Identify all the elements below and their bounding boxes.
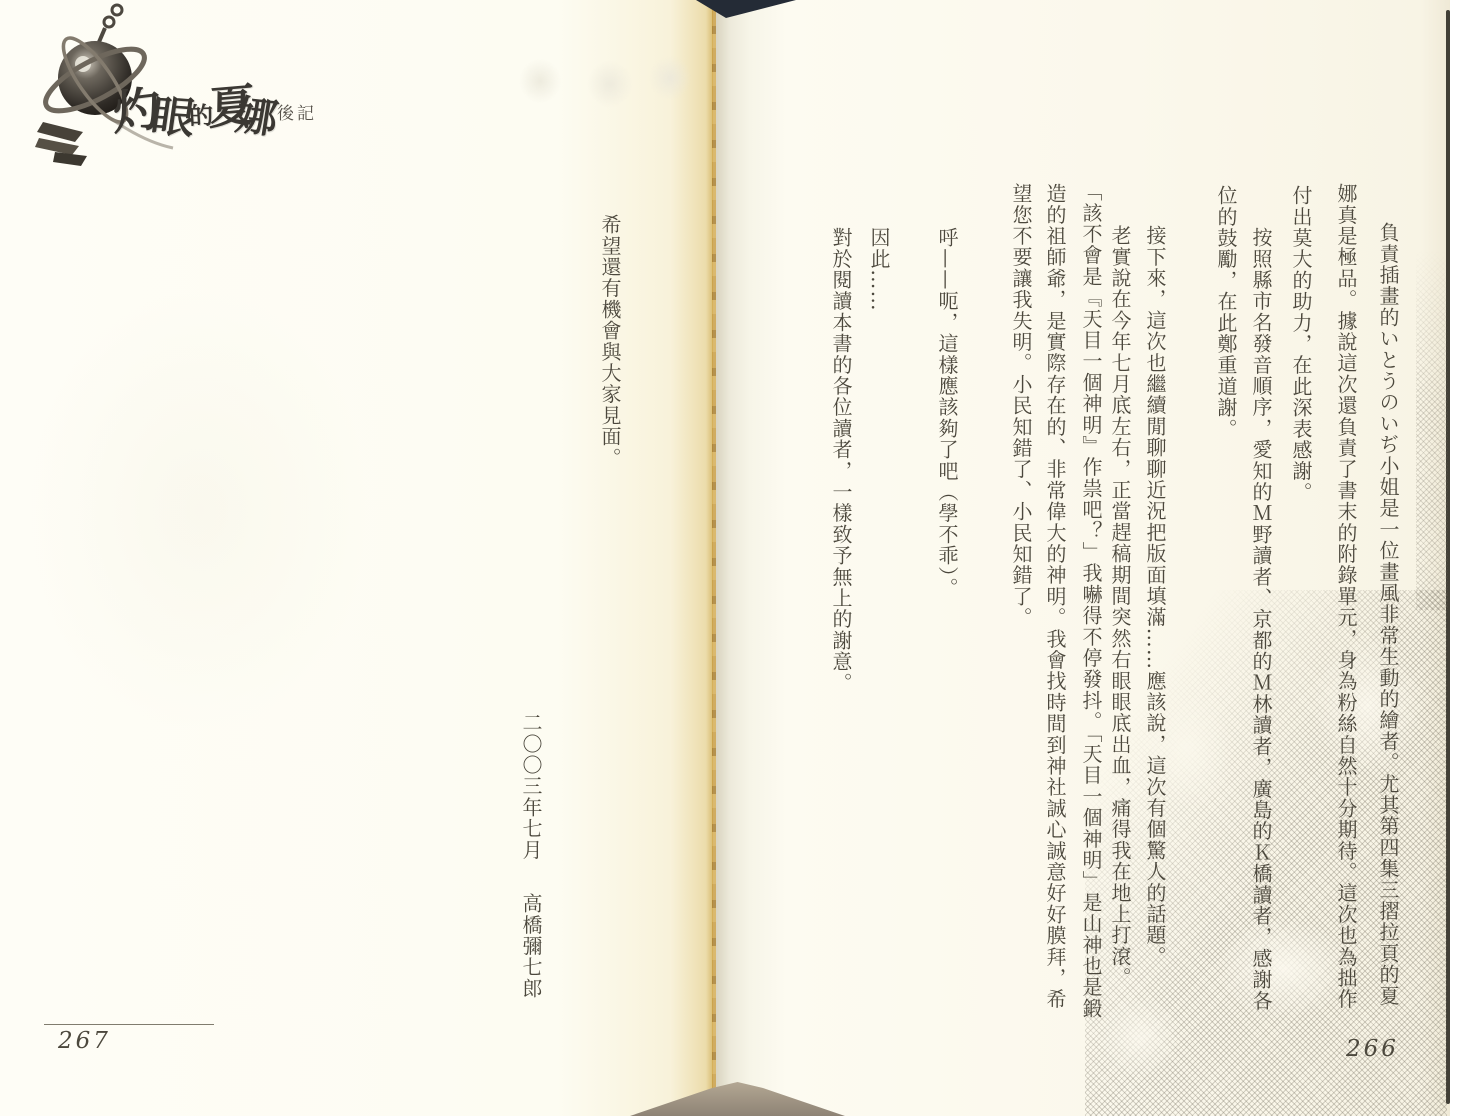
- page-number-right: 266: [1346, 1036, 1399, 1062]
- afterword-column: 呼——呃，這樣應該夠了吧（學不乖）。: [933, 227, 962, 599]
- afterword-column: 付出莫大的助力，在此深表感謝。: [1287, 185, 1316, 503]
- afterword-column: 按照縣市名發音順序，愛知的Ｍ野讀者、京都的Ｍ林讀者，廣島的Ｋ橋讀者，感謝各: [1247, 227, 1276, 1011]
- section-label: 後記: [277, 99, 317, 124]
- afterword-column: 位的鼓勵，在此鄭重道謝。: [1212, 185, 1241, 439]
- afterword-column: 造的祖師爺，是實際存在的、非常偉大的神明。我會找時間到神社誠心誠意好好膜拜，希: [1041, 183, 1070, 1010]
- author-column: 高橋彌七郎: [517, 893, 546, 999]
- outer-margin: [1450, 0, 1460, 1116]
- footer-rule: [44, 1024, 214, 1025]
- afterword-column: 娜真是極品。據說這次還負責了書末的附錄單元，身為粉絲自然十分期待。這次也為拙作: [1332, 183, 1361, 1010]
- afterword-column: 對於閱讀本書的各位讀者，一樣致予無上的謝意。: [827, 227, 856, 693]
- book-spread: 灼 眼 的 夏 娜 後記 希望還有機會與大家見面。 二〇〇三年七月 高橋彌七郎 …: [0, 0, 1460, 1116]
- closing-line-column: 希望還有機會與大家見面。: [596, 214, 625, 468]
- date-column: 二〇〇三年七月: [517, 712, 546, 860]
- showthrough-blob: [30, 290, 370, 730]
- screentone-strip: [1416, 250, 1448, 610]
- afterword-column: 因此……: [865, 227, 894, 312]
- afterword-column: 接下來，這次也繼續閒聊聊近況把版面填滿……應該說，這次有個驚人的話題。: [1141, 225, 1170, 967]
- afterword-column: 負責插畫的いとうのいぢ小姐是一位畫風非常生動的繪者。尤其第四集三摺拉頁的夏: [1374, 222, 1403, 1006]
- title-char: 娜: [232, 82, 282, 145]
- series-title: 灼 眼 的 夏 娜: [25, 0, 355, 190]
- page-number-left: 267: [58, 1028, 111, 1054]
- series-logo: 灼 眼 的 夏 娜 後記: [25, 0, 355, 190]
- book-gutter: [712, 10, 716, 1102]
- afterword-column: 望您不要讓我失明。小民知錯了、小民知錯了。: [1007, 183, 1036, 628]
- showthrough-circles: [498, 36, 763, 131]
- afterword-column: 「該不會是『天目一個神明』作祟吧？」我嚇得不停發抖。「天目一個神明」是山神也是鍛: [1077, 181, 1106, 1019]
- afterword-column: 老實說在今年七月底左右，正當趕稿期間突然右眼眼底出血，痛得我在地上打滾。: [1106, 225, 1135, 988]
